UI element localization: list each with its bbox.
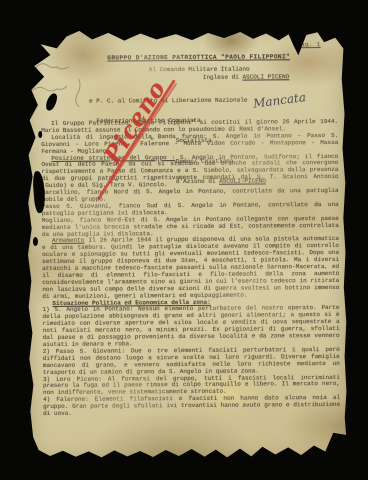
paragraph-zona-2: 2) Passo S. Giovanni: Due o tre elementi… [43, 347, 340, 377]
paragraph-text: Il 26 Aprile 1944 il gruppo disponeva di… [42, 235, 339, 299]
addressee-line-2: Inglese di ASCOLI PICENO [203, 73, 289, 81]
paper-hole [33, 237, 38, 246]
paragraph-text: 4) Falerone: Elementi filofascisti e fas… [43, 394, 340, 417]
paragraph-text: Mogliano, fianco Nord-Est di S. Angelo i… [42, 215, 339, 238]
paragraph-text: 1) S. Angelo in Pontano: Nessun elemento… [42, 304, 339, 348]
paragraph-text: 3) Loro Piceno: Al formarsi del gruppo, … [43, 373, 340, 396]
addressee-prefix: Inglese di [203, 74, 243, 81]
paper-hole [38, 131, 42, 138]
paragraph-zona-4: 4) Falerone: Elementi filofascisti e fas… [43, 395, 340, 418]
photo-background: Pag. 1 GRUPPO D'AZIONE PATRIOTTICA "PAOL… [0, 0, 368, 480]
addressee-place: ASCOLI PICENO [242, 73, 289, 80]
paragraph-zona-1: 1) S. Angelo in Pontano: Nessun elemento… [42, 305, 339, 349]
paragraph-text: 2) Passo S. Giovanni: Due o tre elementi… [43, 346, 340, 376]
paragraph-text: Località di ingaggio della Banda furono:… [41, 132, 338, 155]
document-body: Il Gruppo Patriottico "Paolo Filipponi" … [41, 119, 340, 418]
pencil-scribble [27, 50, 122, 121]
document-sheet: Pag. 1 GRUPPO D'AZIONE PATRIOTTICA "PAOL… [24, 27, 349, 463]
page-number: Pag. 1 [297, 41, 320, 48]
paragraph-posizione: Posizione strategica del Gruppo : S. Ang… [41, 153, 338, 190]
paragraph-armamento: Armamento Il 26 Aprile 1944 il gruppo di… [42, 236, 339, 300]
